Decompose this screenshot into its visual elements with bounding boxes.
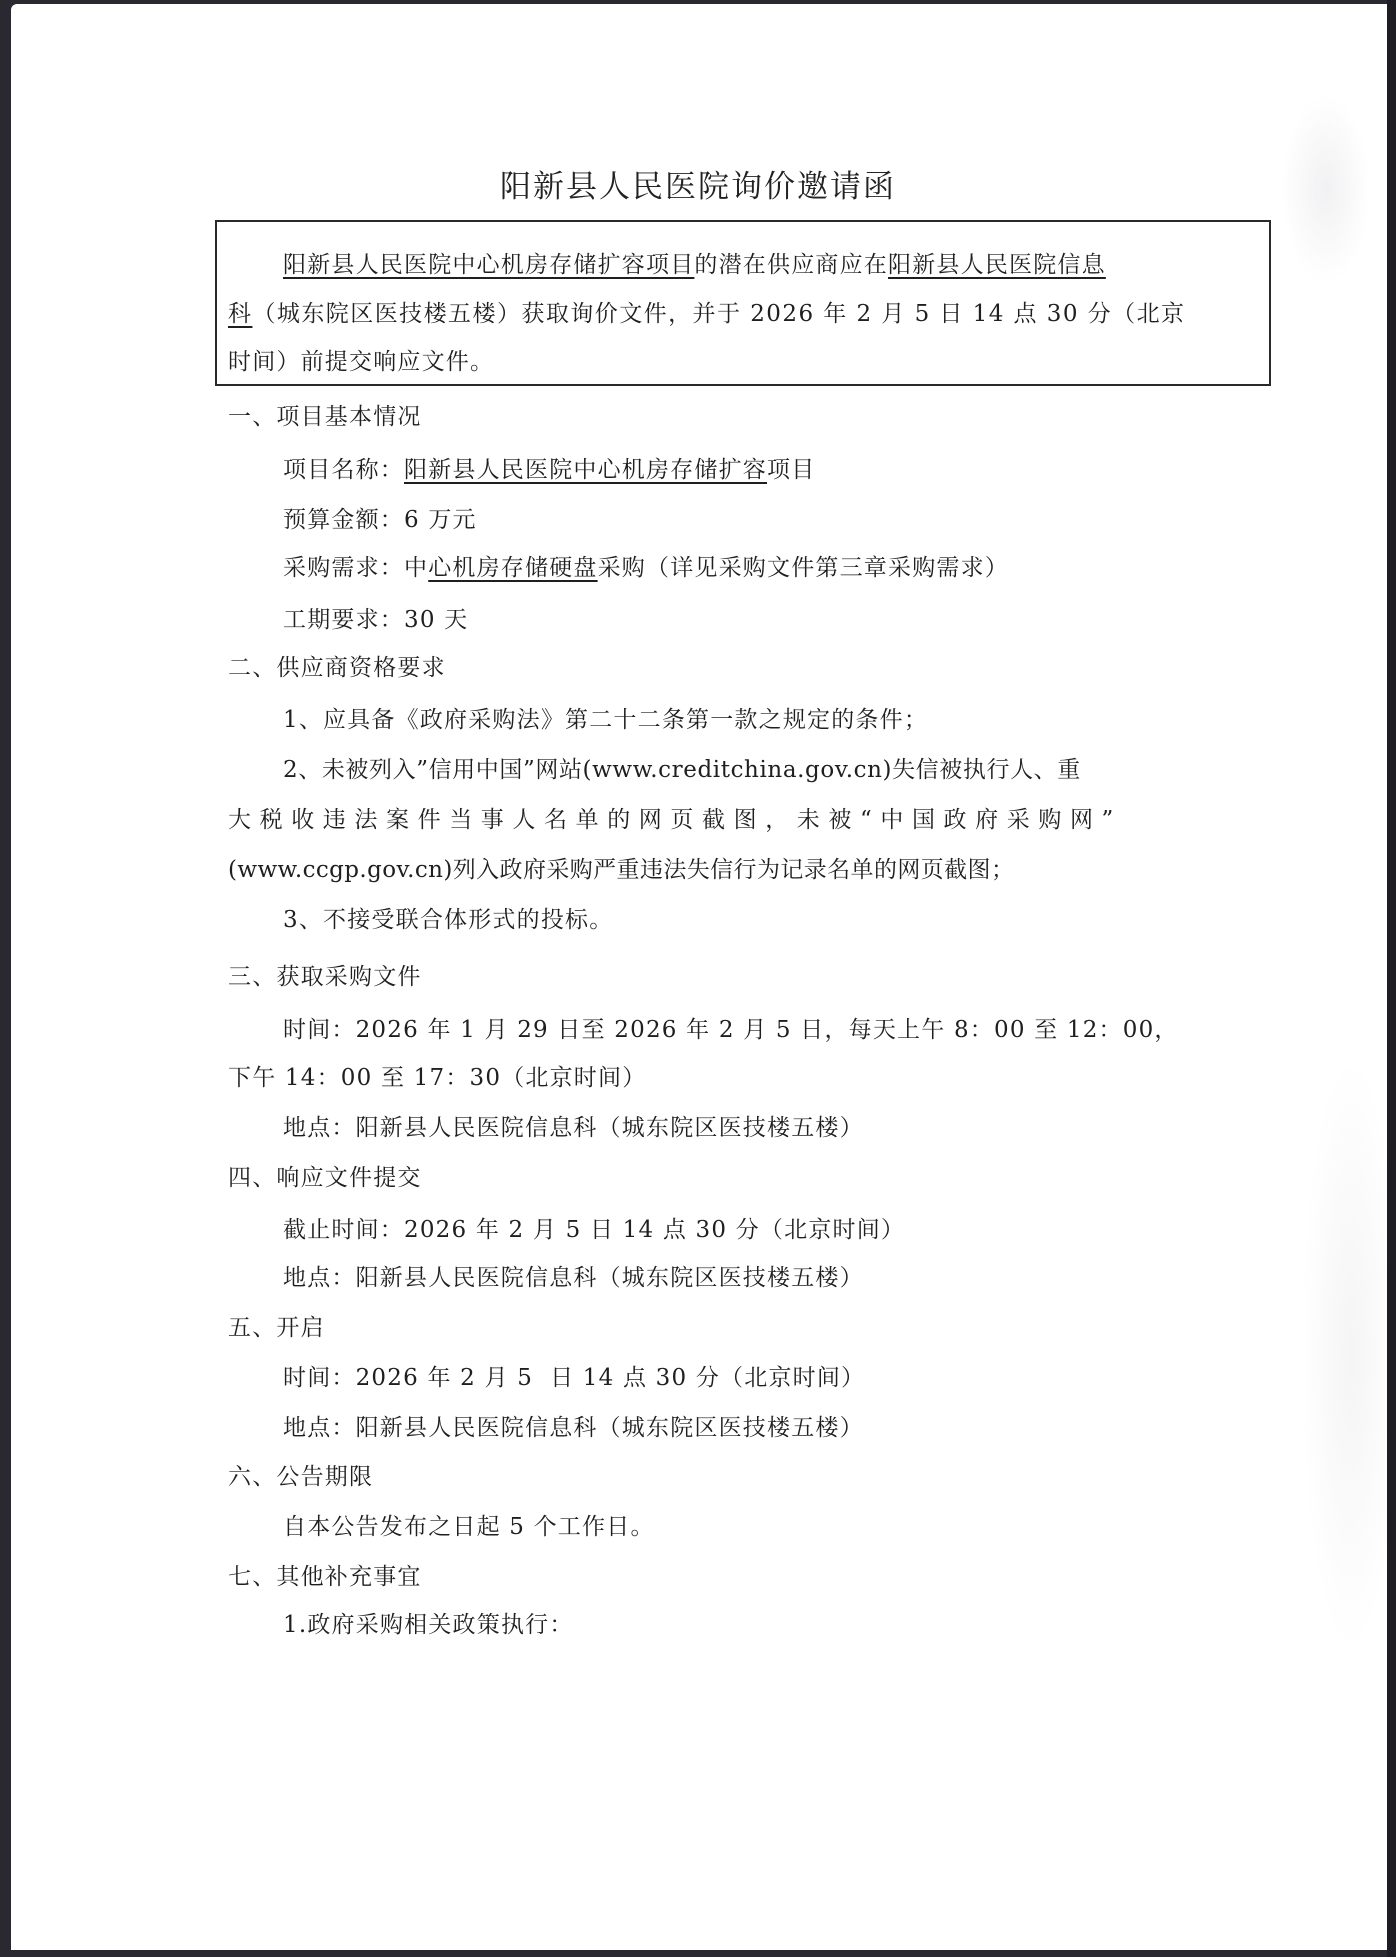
doc-acquisition-time: 时间：2026 年 1 月 29 日至 2026 年 2 月 5 日，每天上午 … (283, 1015, 1179, 1045)
qualification-item-cont: (www.ccgp.gov.cn)列入政府采购严重违法失信行为记录名单的网页截图… (228, 855, 1014, 885)
other-matters-item: 1.政府采购相关政策执行： (283, 1610, 574, 1640)
scan-smudge (1301, 1054, 1396, 1654)
notice-line-3: 时间）前提交响应文件。 (228, 347, 494, 377)
announcement-period: 自本公告发布之日起 5 个工作日。 (283, 1512, 655, 1542)
field-requirement: 采购需求：中心机房存储硬盘采购（详见采购文件第三章采购需求） (283, 553, 1009, 583)
qualification-item: 2、未被列入”信用中国”网站(www.creditchina.gov.cn)失信… (283, 755, 1081, 785)
section-heading-6: 六、公告期限 (228, 1462, 373, 1492)
section-heading-1: 一、项目基本情况 (228, 402, 422, 432)
opening-time: 时间：2026 年 2 月 5 日 14 点 30 分（北京时间） (283, 1363, 865, 1393)
document-title: 阳新县人民医院询价邀请函 (0, 166, 1396, 208)
section-heading-5: 五、开启 (228, 1313, 325, 1343)
section-heading-2: 二、供应商资格要求 (228, 653, 446, 683)
doc-acquisition-place: 地点：阳新县人民医院信息科（城东院区医技楼五楼） (283, 1113, 864, 1143)
section-heading-3: 三、获取采购文件 (228, 962, 422, 992)
qualification-item: 1、应具备《政府采购法》第二十二条第一款之规定的条件； (283, 705, 928, 735)
qualification-item: 3、不接受联合体形式的投标。 (283, 905, 613, 935)
opening-place: 地点：阳新县人民医院信息科（城东院区医技楼五楼） (283, 1413, 864, 1443)
scan-edge (1387, 0, 1396, 1957)
field-project-name: 项目名称：阳新县人民医院中心机房存储扩容项目 (283, 455, 815, 485)
notice-line-1: 阳新县人民医院中心机房存储扩容项目的潜在供应商应在阳新县人民医院信息 (283, 250, 1106, 280)
section-heading-4: 四、响应文件提交 (228, 1163, 422, 1193)
section-heading-7: 七、其他补充事宜 (228, 1562, 422, 1592)
notice-line-2: 科（城东院区医技楼五楼）获取询价文件，并于 2026 年 2 月 5 日 14 … (228, 299, 1186, 329)
location-text: 阳新县人民医院信息 (888, 252, 1106, 278)
field-duration: 工期要求：30 天 (283, 605, 468, 635)
field-budget: 预算金额：6 万元 (283, 505, 477, 535)
doc-acquisition-time-cont: 下午 14：00 至 17：30（北京时间） (228, 1063, 646, 1093)
qualification-item-cont: 大税收违法案件当事人名单的网页截图，未被“中国政府采购网” (228, 805, 1122, 835)
submission-place: 地点：阳新县人民医院信息科（城东院区医技楼五楼） (283, 1263, 864, 1293)
submission-deadline: 截止时间：2026 年 2 月 5 日 14 点 30 分（北京时间） (283, 1215, 905, 1245)
project-name-link: 阳新县人民医院中心机房存储扩容项目 (283, 252, 694, 278)
